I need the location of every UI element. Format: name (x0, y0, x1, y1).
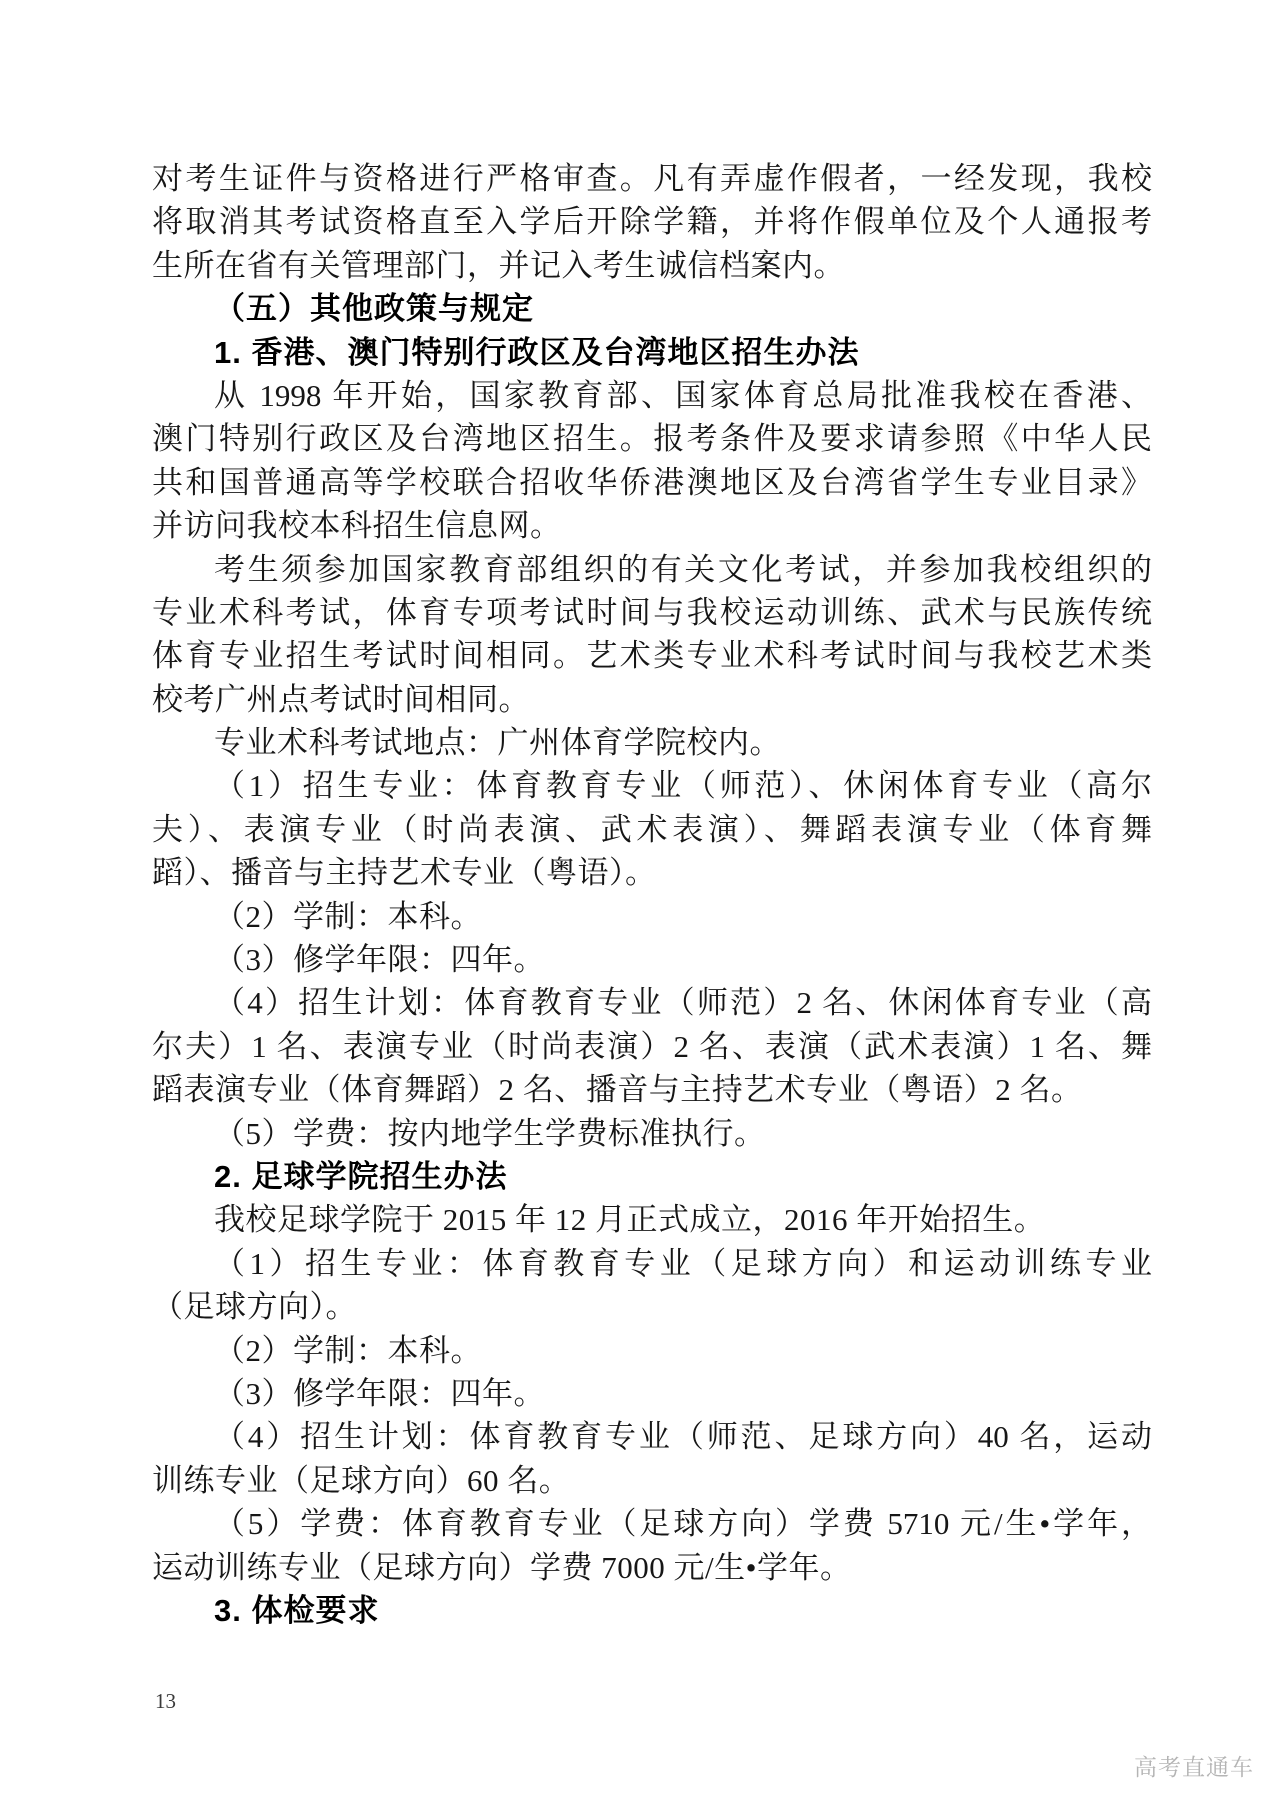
body-line: 校考广州点考试时间相同。 (152, 678, 1152, 721)
heading-football-school-admission: 2. 足球学院招生办法 (152, 1155, 1152, 1198)
body-line: 训练专业（足球方向）60 名。 (152, 1459, 1152, 1502)
body-line: 并访问我校本科招生信息网。 (152, 504, 1152, 547)
body-line: 我校足球学院于 2015 年 12 月正式成立，2016 年开始招生。 (152, 1198, 1152, 1241)
body-line: 共和国普通高等学校联合招收华侨港澳地区及台湾省学生专业目录》 (152, 461, 1152, 504)
heading-other-policies: （五）其他政策与规定 (152, 287, 1152, 330)
body-line: 蹈表演专业（体育舞蹈）2 名、播音与主持艺术专业（粤语）2 名。 (152, 1068, 1152, 1111)
heading-hk-macao-taiwan-admission: 1. 香港、澳门特别行政区及台湾地区招生办法 (152, 331, 1152, 374)
list-item-3-duration: （3）修学年限：四年。 (152, 938, 1152, 981)
watermark: 高考直通车 (1134, 1752, 1254, 1782)
body-line: 考生须参加国家教育部组织的有关文化考试，并参加我校组织的 (152, 548, 1152, 591)
body-line: 夫）、表演专业（时尚表演、武术表演）、舞蹈表演专业（体育舞 (152, 808, 1152, 851)
body-line: 运动训练专业（足球方向）学费 7000 元/生•学年。 (152, 1546, 1152, 1589)
heading-physical-exam-requirements: 3. 体检要求 (152, 1589, 1152, 1632)
body-line: 将取消其考试资格直至入学后开除学籍，并将作假单位及个人通报考 (152, 200, 1152, 243)
body-line: 专业术科考试地点：广州体育学院校内。 (152, 721, 1152, 764)
body-line: 专业术科考试，体育专项考试时间与我校运动训练、武术与民族传统 (152, 591, 1152, 634)
body-line: 体育专业招生考试时间相同。艺术类专业术科考试时间与我校艺术类 (152, 634, 1152, 677)
page-number: 13 (155, 1688, 176, 1714)
list-item-4-enrollment-plan: （4）招生计划：体育教育专业（师范、足球方向）40 名，运动 (152, 1415, 1152, 1458)
document-text-column: 对考生证件与资格进行严格审查。凡有弄虚作假者，一经发现，我校 将取消其考试资格直… (152, 157, 1152, 1632)
body-line: 对考生证件与资格进行严格审查。凡有弄虚作假者，一经发现，我校 (152, 157, 1152, 200)
list-item-2-degree: （2）学制：本科。 (152, 895, 1152, 938)
document-page: 对考生证件与资格进行严格审查。凡有弄虚作假者，一经发现，我校 将取消其考试资格直… (0, 0, 1280, 1811)
list-item-2-degree: （2）学制：本科。 (152, 1329, 1152, 1372)
list-item-1-majors: （1）招生专业：体育教育专业（足球方向）和运动训练专业 (152, 1242, 1152, 1285)
body-line: 从 1998 年开始，国家教育部、国家体育总局批准我校在香港、 (152, 374, 1152, 417)
body-line: 澳门特别行政区及台湾地区招生。报考条件及要求请参照《中华人民 (152, 417, 1152, 460)
list-item-5-tuition: （5）学费：按内地学生学费标准执行。 (152, 1112, 1152, 1155)
list-item-5-tuition: （5）学费：体育教育专业（足球方向）学费 5710 元/生•学年， (152, 1502, 1152, 1545)
body-line: 尔夫）1 名、表演专业（时尚表演）2 名、表演（武术表演）1 名、舞 (152, 1025, 1152, 1068)
list-item-4-enrollment-plan: （4）招生计划：体育教育专业（师范）2 名、休闲体育专业（高 (152, 981, 1152, 1024)
list-item-3-duration: （3）修学年限：四年。 (152, 1372, 1152, 1415)
body-line: 生所在省有关管理部门，并记入考生诚信档案内。 (152, 244, 1152, 287)
list-item-1-majors: （1）招生专业：体育教育专业（师范）、休闲体育专业（高尔 (152, 764, 1152, 807)
body-line: 蹈）、播音与主持艺术专业（粤语）。 (152, 851, 1152, 894)
body-line: （足球方向）。 (152, 1285, 1152, 1328)
